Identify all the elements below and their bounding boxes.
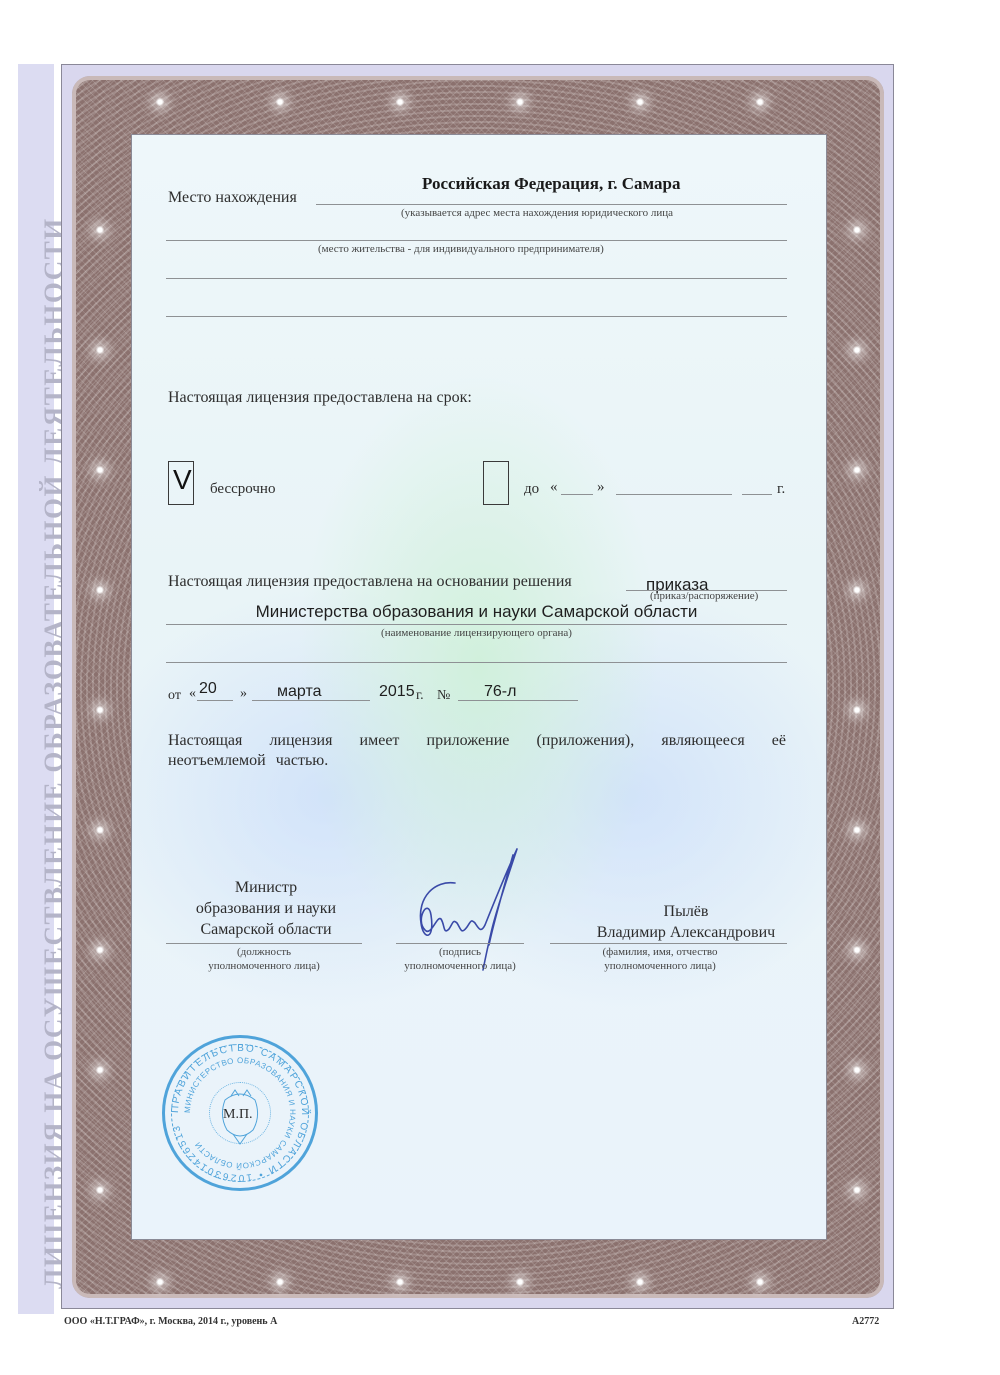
indefinite-label: бессрочно	[210, 481, 275, 498]
rosette-ornament	[95, 945, 105, 955]
term-label: Настоящая лицензия предоставлена на срок…	[168, 389, 472, 407]
location-label: Место нахождения	[168, 189, 297, 207]
form-serial-number: А2772	[852, 1316, 879, 1327]
rosette-ornament	[852, 465, 862, 475]
rosette-ornament	[95, 1185, 105, 1195]
location-line	[316, 204, 787, 205]
name-hint-2: уполномоченного лица)	[560, 959, 760, 973]
order-number: 76-л	[484, 683, 516, 701]
rosette-ornament	[95, 705, 105, 715]
signatory-name: Пылёв Владимир Александрович	[580, 901, 792, 943]
until-open-quote: «	[550, 479, 558, 496]
signature-hint-1: (подпись	[380, 945, 540, 959]
date-month-line	[252, 700, 370, 701]
date-year-suffix: г.	[416, 688, 424, 704]
location-value: Российская Федерация, г. Самара	[422, 174, 680, 194]
until-year-suffix: г.	[777, 481, 785, 498]
date-prefix: от	[168, 688, 181, 704]
until-day-line	[561, 494, 593, 495]
rosette-ornament	[395, 1277, 405, 1287]
rosette-ornament	[155, 1277, 165, 1287]
order-number-line	[458, 700, 578, 701]
rosette-ornament	[635, 1277, 645, 1287]
position-line	[166, 943, 362, 944]
rosette-ornament	[155, 97, 165, 107]
rosette-ornament	[852, 705, 862, 715]
rosette-ornament	[755, 97, 765, 107]
position-line-2: образования и науки	[166, 898, 366, 919]
seal-mp-label: М.П.	[223, 1107, 253, 1123]
rosette-ornament	[515, 97, 525, 107]
appendix-note: Настоящая лицензия имеет приложение (при…	[168, 731, 786, 771]
rosette-ornament	[852, 1065, 862, 1075]
date-year: 2015	[379, 683, 415, 701]
rosette-ornament	[852, 225, 862, 235]
date-month: марта	[277, 683, 322, 701]
date-close-quote: »	[240, 686, 247, 702]
position-hint-2: уполномоченного лица)	[166, 959, 362, 973]
until-close-quote: »	[597, 479, 605, 496]
location-line-2	[166, 240, 787, 241]
signatory-position: Министр образования и науки Самарской об…	[166, 877, 366, 940]
rosette-ornament	[852, 1185, 862, 1195]
rosette-ornament	[95, 585, 105, 595]
date-day-line	[197, 700, 233, 701]
date-day: 20	[199, 680, 217, 698]
name-line	[550, 943, 787, 944]
number-sign: №	[437, 688, 450, 704]
rosette-ornament	[852, 825, 862, 835]
authority-value: Министерства образования и науки Самарск…	[166, 602, 787, 622]
rosette-ornament	[95, 225, 105, 235]
rosette-ornament	[515, 1277, 525, 1287]
signature-hint-2: уполномоченного лица)	[380, 959, 540, 973]
indefinite-checkbox[interactable]: V	[168, 461, 194, 505]
rosette-ornament	[95, 465, 105, 475]
basis-label: Настоящая лицензия предоставлена на осно…	[168, 573, 572, 591]
rosette-ornament	[95, 1065, 105, 1075]
name-line-2: Владимир Александрович	[580, 922, 792, 943]
rosette-ornament	[395, 97, 405, 107]
rosette-ornament	[95, 345, 105, 355]
name-hint-1: (фамилия, имя, отчество	[560, 945, 760, 959]
rosette-ornament	[852, 945, 862, 955]
location-hint-legal: (указывается адрес места нахождения юрид…	[401, 207, 673, 219]
official-seal: ПРАВИТЕЛЬСТВО САМАРСКОЙ ОБЛАСТИ • 102630…	[162, 1035, 318, 1191]
date-open-quote: «	[189, 686, 196, 702]
position-hint-1: (должность	[166, 945, 362, 959]
name-hint: (фамилия, имя, отчество уполномоченного …	[560, 945, 760, 973]
location-line-4	[166, 316, 787, 317]
signature-line	[396, 943, 524, 944]
position-line-3: Самарской области	[166, 919, 366, 940]
authority-line	[166, 624, 787, 625]
rosette-ornament	[852, 345, 862, 355]
until-year-line	[742, 494, 772, 495]
until-checkbox[interactable]	[483, 461, 509, 505]
until-prefix: до	[524, 481, 539, 498]
rosette-ornament	[852, 585, 862, 595]
location-line-3	[166, 278, 787, 279]
rosette-ornament	[95, 825, 105, 835]
name-line-1: Пылёв	[580, 901, 792, 922]
printer-info: ООО «Н.Т.ГРАФ», г. Москва, 2014 г., уров…	[64, 1316, 277, 1327]
position-line-1: Министр	[166, 877, 366, 898]
authority-hint: (наименование лицензирующего органа)	[166, 627, 787, 639]
rosette-ornament	[275, 1277, 285, 1287]
until-month-line	[616, 494, 732, 495]
position-hint: (должность уполномоченного лица)	[166, 945, 362, 973]
check-mark: V	[173, 464, 192, 496]
decision-type-hint: (приказ/распоряжение)	[650, 590, 758, 602]
rosette-ornament	[755, 1277, 765, 1287]
side-strip: ЛИЦЕНЗИЯ НА ОСУЩЕСТВЛЕНИЕ ОБРАЗОВАТЕЛЬНО…	[18, 64, 54, 1314]
rosette-ornament	[275, 97, 285, 107]
location-hint-individual: (место жительства - для индивидуального …	[318, 243, 604, 255]
rosette-ornament	[635, 97, 645, 107]
signature-hint: (подпись уполномоченного лица)	[380, 945, 540, 973]
authority-line-2	[166, 662, 787, 663]
